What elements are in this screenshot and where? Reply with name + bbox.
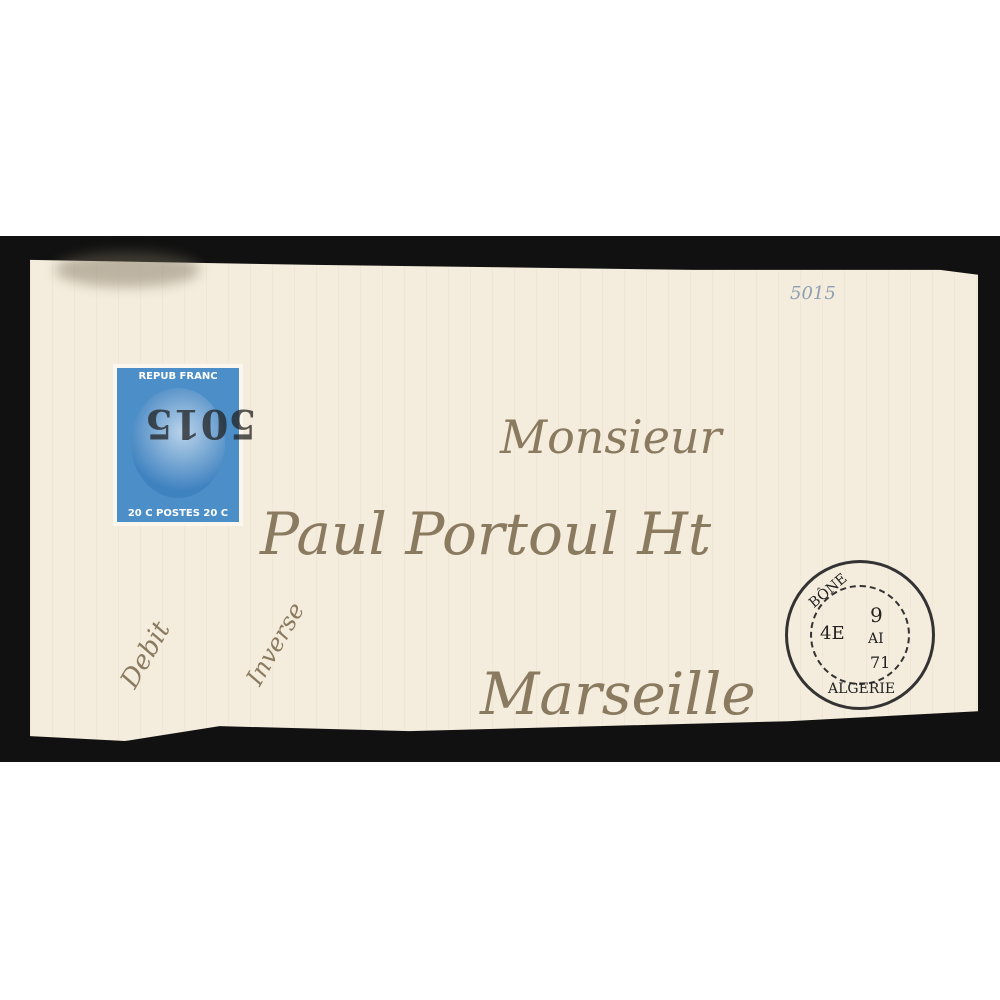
postmark-country: ALGERIE — [828, 681, 895, 697]
address-line-1: Monsieur — [500, 410, 722, 464]
postmark-day: 9 — [870, 603, 883, 627]
address-line-3: Marseille — [480, 660, 756, 728]
postmark-year: 71 — [870, 653, 890, 672]
postmark-month: AI — [868, 631, 884, 647]
water-stain — [55, 252, 200, 287]
date-postmark: BÔNE 4E 9 AI 71 ALGERIE — [785, 560, 935, 710]
address-line-2: Paul Portoul Ht — [260, 500, 711, 568]
postmark-collection: 4E — [820, 623, 845, 644]
stamp-bottom-text: 20 C POSTES 20 C — [117, 508, 239, 519]
pencil-note: 5015 — [790, 283, 836, 304]
postage-stamp: REPUB FRANC 5015 20 C POSTES 20 C — [113, 364, 243, 526]
numeral-cancel: 5015 — [145, 400, 256, 447]
stamp-top-text: REPUB FRANC — [117, 371, 239, 382]
